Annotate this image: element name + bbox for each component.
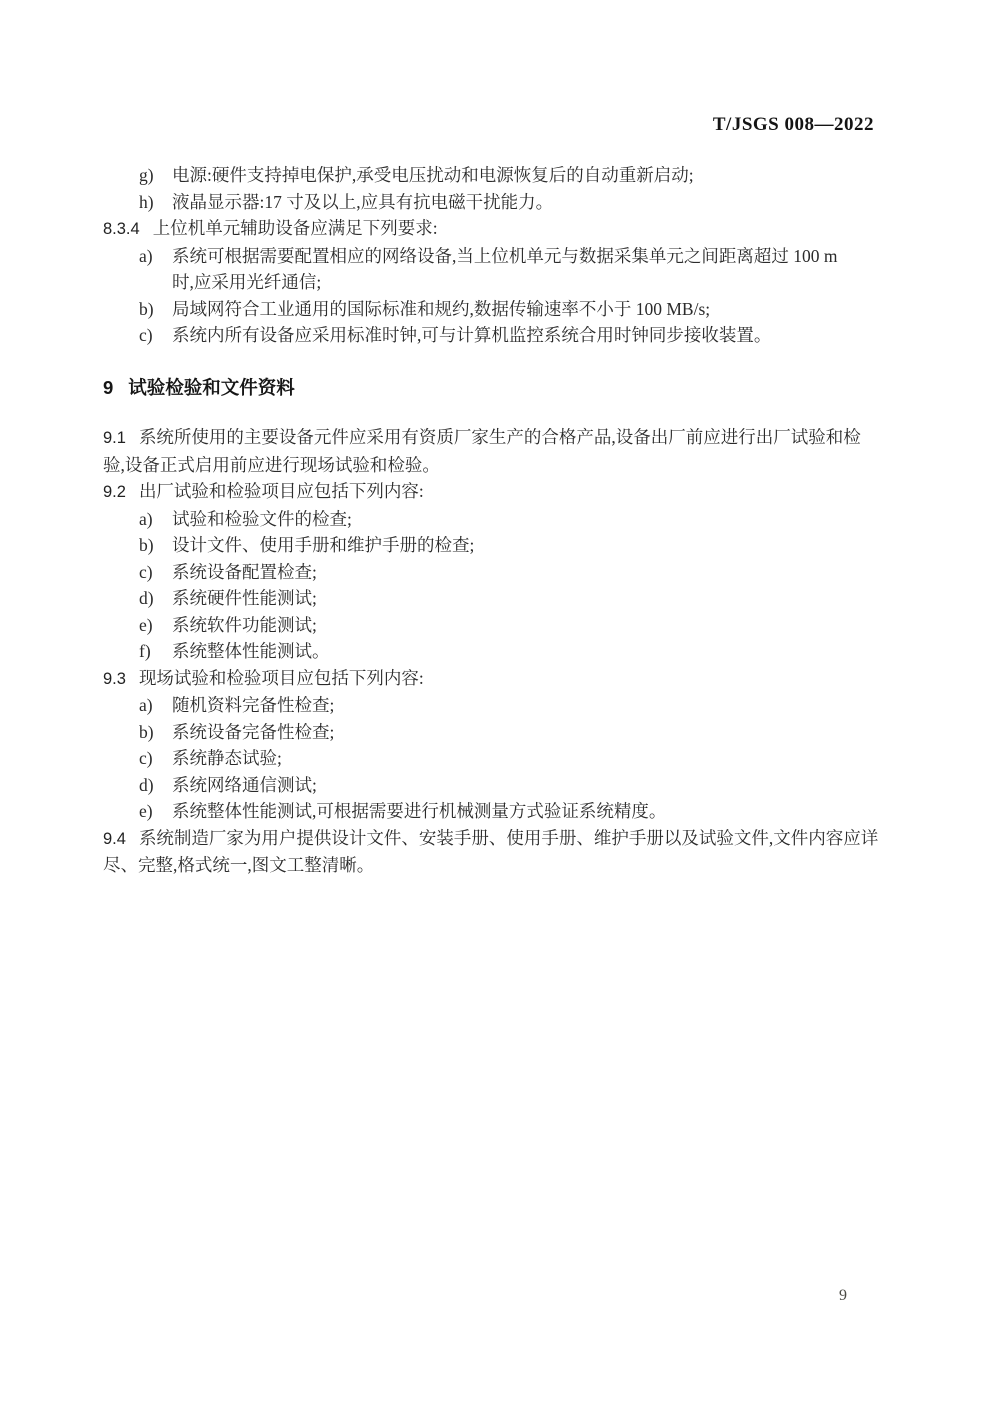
list-item-a: a) 随机资料完备性检查; xyxy=(103,692,887,719)
list-marker: f) xyxy=(139,638,151,665)
list-marker: b) xyxy=(139,296,154,323)
clause-9-1: 9.1系统所使用的主要设备元件应采用有资质厂家生产的合格产品,设备出厂前应进行出… xyxy=(103,424,887,478)
list-item-text-continuation: 时,应采用光纤通信; xyxy=(172,269,887,296)
clause-text-continuation: 验,设备正式启用前应进行现场试验和检验。 xyxy=(103,452,887,479)
list-marker: a) xyxy=(139,692,153,719)
list-item-text: 系统可根据需要配置相应的网络设备,当上位机单元与数据采集单元之间距离超过 100… xyxy=(172,243,887,270)
section-9-heading: 9试验检验和文件资料 xyxy=(103,375,887,402)
clause-9-4: 9.4系统制造厂家为用户提供设计文件、安装手册、使用手册、维护手册以及试验文件,… xyxy=(103,825,887,879)
list-item-text: 系统整体性能测试。 xyxy=(172,638,887,665)
document-page: T/JSGS 008—2022 g) 电源:硬件支持掉电保护,承受电压扰动和电源… xyxy=(0,0,992,1403)
list-marker: b) xyxy=(139,719,154,746)
clause-text: 系统制造厂家为用户提供设计文件、安装手册、使用手册、维护手册以及试验文件,文件内… xyxy=(139,828,878,848)
clause-8-3-4: 8.3.4上位机单元辅助设备应满足下列要求: xyxy=(103,215,887,243)
list-item-b: b) 设计文件、使用手册和维护手册的检查; xyxy=(103,532,887,559)
list-item-e: e) 系统整体性能测试,可根据需要进行机械测量方式验证系统精度。 xyxy=(103,798,887,825)
section-title: 试验检验和文件资料 xyxy=(128,377,295,398)
clause-number: 9.3 xyxy=(103,670,126,688)
page-number: 9 xyxy=(808,1287,878,1305)
list-marker: g) xyxy=(139,162,154,189)
list-item-text: 系统整体性能测试,可根据需要进行机械测量方式验证系统精度。 xyxy=(172,798,887,825)
list-item-c: c) 系统静态试验; xyxy=(103,745,887,772)
clause-number: 8.3.4 xyxy=(103,220,140,238)
list-marker: d) xyxy=(139,772,154,799)
list-item-c: c) 系统内所有设备应采用标准时钟,可与计算机监控系统合用时钟同步接收装置。 xyxy=(103,322,887,349)
standard-number: T/JSGS 008—2022 xyxy=(713,114,874,135)
clause-9-2: 9.2出厂试验和检验项目应包括下列内容: xyxy=(103,478,887,506)
list-item-text: 系统内所有设备应采用标准时钟,可与计算机监控系统合用时钟同步接收装置。 xyxy=(172,322,887,349)
clause-number: 9.1 xyxy=(103,429,126,447)
list-item-a: a) 系统可根据需要配置相应的网络设备,当上位机单元与数据采集单元之间距离超过 … xyxy=(103,243,887,296)
clause-9-3: 9.3现场试验和检验项目应包括下列内容: xyxy=(103,665,887,693)
list-item-text: 试验和检验文件的检查; xyxy=(172,506,887,533)
list-item-text: 系统网络通信测试; xyxy=(172,772,887,799)
list-marker: d) xyxy=(139,585,154,612)
list-item-d: d) 系统硬件性能测试; xyxy=(103,585,887,612)
list-item-a: a) 试验和检验文件的检查; xyxy=(103,506,887,533)
list-item-h: h) 液晶显示器:17 寸及以上,应具有抗电磁干扰能力。 xyxy=(103,189,887,216)
list-marker: e) xyxy=(139,798,153,825)
section-number: 9 xyxy=(103,377,113,398)
list-item-text: 系统设备完备性检查; xyxy=(172,719,887,746)
list-item-text: 局域网符合工业通用的国际标准和规约,数据传输速率不小于 100 MB/s; xyxy=(172,296,887,323)
list-marker: e) xyxy=(139,612,153,639)
list-item-text: 系统硬件性能测试; xyxy=(172,585,887,612)
list-marker: h) xyxy=(139,189,154,216)
list-marker: c) xyxy=(139,559,153,586)
list-item-d: d) 系统网络通信测试; xyxy=(103,772,887,799)
clause-text-continuation: 尽、完整,格式统一,图文工整清晰。 xyxy=(103,852,887,879)
list-marker: a) xyxy=(139,243,153,270)
list-item-b: b) 系统设备完备性检查; xyxy=(103,719,887,746)
list-item-text: 电源:硬件支持掉电保护,承受电压扰动和电源恢复后的自动重新启动; xyxy=(172,162,887,189)
document-body: g) 电源:硬件支持掉电保护,承受电压扰动和电源恢复后的自动重新启动; h) 液… xyxy=(103,162,887,879)
list-item-text: 系统设备配置检查; xyxy=(172,559,887,586)
list-item-b: b) 局域网符合工业通用的国际标准和规约,数据传输速率不小于 100 MB/s; xyxy=(103,296,887,323)
list-item-text: 系统静态试验; xyxy=(172,745,887,772)
running-header: T/JSGS 008—2022 xyxy=(713,114,874,136)
clause-text: 出厂试验和检验项目应包括下列内容: xyxy=(139,481,424,501)
list-item-text: 系统软件功能测试; xyxy=(172,612,887,639)
clause-text: 上位机单元辅助设备应满足下列要求: xyxy=(153,218,438,238)
clause-text: 现场试验和检验项目应包括下列内容: xyxy=(139,668,424,688)
list-marker: b) xyxy=(139,532,154,559)
clause-text: 系统所使用的主要设备元件应采用有资质厂家生产的合格产品,设备出厂前应进行出厂试验… xyxy=(139,427,861,447)
list-item-c: c) 系统设备配置检查; xyxy=(103,559,887,586)
list-item-text: 设计文件、使用手册和维护手册的检查; xyxy=(172,532,887,559)
clause-number: 9.2 xyxy=(103,483,126,501)
list-item-e: e) 系统软件功能测试; xyxy=(103,612,887,639)
clause-number: 9.4 xyxy=(103,830,126,848)
list-marker: c) xyxy=(139,745,153,772)
list-marker: a) xyxy=(139,506,153,533)
list-item-f: f) 系统整体性能测试。 xyxy=(103,638,887,665)
list-marker: c) xyxy=(139,322,153,349)
list-item-text: 液晶显示器:17 寸及以上,应具有抗电磁干扰能力。 xyxy=(172,189,887,216)
list-item-text: 随机资料完备性检查; xyxy=(172,692,887,719)
list-item-g: g) 电源:硬件支持掉电保护,承受电压扰动和电源恢复后的自动重新启动; xyxy=(103,162,887,189)
